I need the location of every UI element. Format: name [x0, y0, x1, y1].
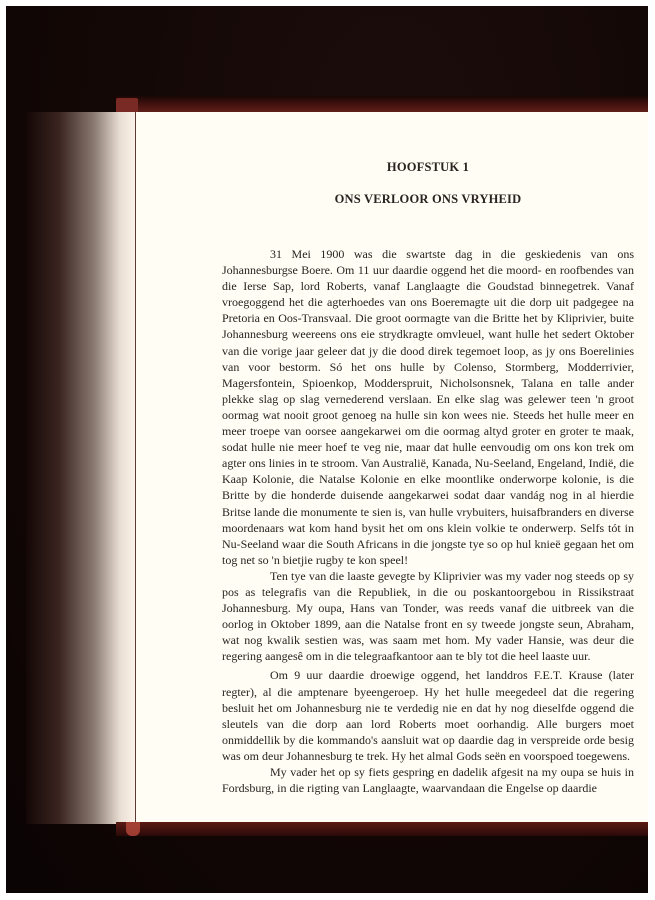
- cover-corner: [126, 822, 140, 836]
- paragraph: Om 9 uur daardie droewige oggend, het la…: [222, 667, 634, 764]
- page-number: 9: [222, 772, 634, 783]
- book-gutter-shadow: [26, 112, 136, 824]
- paragraph: 31 Mei 1900 was die swartste dag in die …: [222, 246, 634, 568]
- paragraph: Ten tye van die laaste gevegte by Klipri…: [222, 568, 634, 665]
- book-page: HOOFSTUK 1 ONS VERLOOR ONS VRYHEID 31 Me…: [135, 112, 648, 824]
- chapter-title: ONS VERLOOR ONS VRYHEID: [222, 192, 634, 207]
- chapter-label: HOOFSTUK 1: [222, 160, 634, 175]
- scan-background: HOOFSTUK 1 ONS VERLOOR ONS VRYHEID 31 Me…: [6, 6, 648, 893]
- book-bottom-edge: [116, 822, 648, 836]
- body-text: 31 Mei 1900 was die swartste dag in die …: [222, 246, 634, 796]
